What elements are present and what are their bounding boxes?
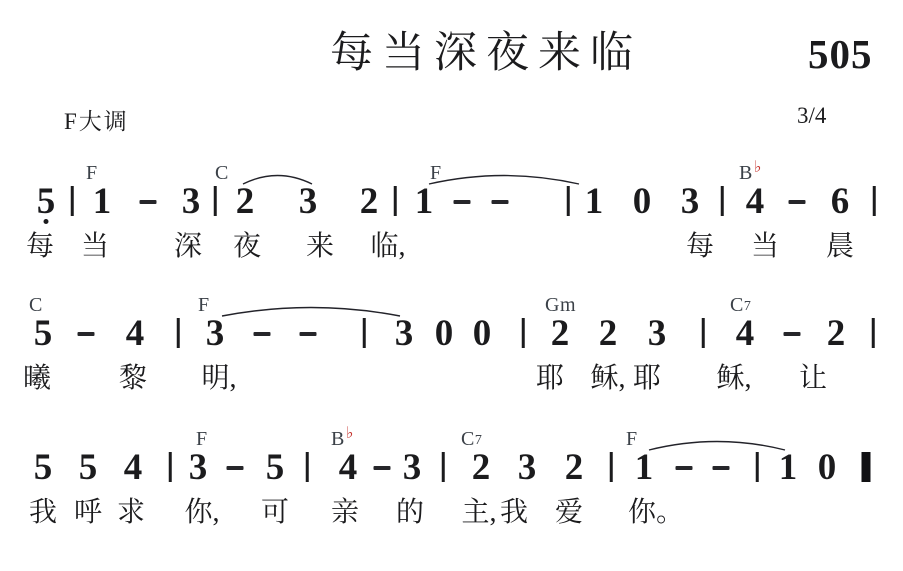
system-3: FB♭C7F5543543232110我呼求你,可亲的主,我爱你。 (0, 424, 903, 556)
lyric-syllable: 黎 (119, 364, 147, 394)
lyric-syllable: 深 (174, 232, 202, 262)
note-digit: 1 (635, 449, 654, 487)
note-digit: 5 (79, 449, 98, 487)
duration-dash (227, 466, 244, 470)
final-barline (862, 452, 871, 482)
slur-tie-arc (221, 299, 401, 319)
duration-dash (713, 466, 730, 470)
barline (567, 186, 570, 216)
duration-dash (374, 466, 391, 470)
barline (702, 318, 705, 348)
hymn-sheet: 每当深夜来临 505 F大调 3/4 FCFB♭513232110346每当深夜… (0, 0, 903, 571)
barline (177, 318, 180, 348)
lyric-syllable: 每 (686, 232, 714, 262)
note-digit: 2 (827, 315, 846, 353)
lyric-syllable: 可 (261, 498, 289, 528)
lyric-syllable: 耶 (536, 364, 564, 394)
barline (522, 318, 525, 348)
lyric-syllable: 稣, (590, 364, 625, 394)
lyric-syllable: 你, (184, 498, 219, 528)
duration-dash (300, 332, 317, 336)
note-digit: 3 (403, 449, 422, 487)
duration-dash (454, 200, 471, 204)
lyric-syllable: 晨 (826, 232, 854, 262)
note-digit: 5 (266, 449, 285, 487)
system-1: FCFB♭513232110346每当深夜来临,每当晨 (0, 158, 903, 290)
hymn-number: 505 (808, 30, 873, 78)
flat-accidental-icon: ♭ (346, 425, 354, 442)
note-digit: 1 (415, 183, 434, 221)
lyric-syllable: 你。 (628, 498, 684, 528)
barline (306, 452, 309, 482)
note-digit: 3 (648, 315, 667, 353)
barline (756, 452, 759, 482)
note-digit: 5 (34, 449, 53, 487)
note-digit: 3 (395, 315, 414, 353)
lyric-syllable: 主, (461, 498, 496, 528)
lyric-syllable: 曦 (23, 364, 51, 394)
note-digit: 2 (599, 315, 618, 353)
page-title: 每当深夜来临 (330, 19, 642, 80)
note-digit: 2 (551, 315, 570, 353)
lyric-syllable: 当 (751, 232, 779, 262)
lyric-syllable: 让 (799, 364, 827, 394)
rest-note: 0 (818, 449, 837, 487)
lyric-syllable: 求 (117, 498, 145, 528)
key-signature: F大调 (64, 103, 129, 136)
lyric-syllable: 每 (26, 232, 54, 262)
rest-note: 0 (473, 315, 492, 353)
note-digit: 3 (681, 183, 700, 221)
barline (169, 452, 172, 482)
note-digit: 4 (339, 449, 358, 487)
duration-dash (492, 200, 509, 204)
barline (442, 452, 445, 482)
lyric-syllable: 稣, (716, 364, 751, 394)
lyric-syllable: 的 (396, 498, 424, 528)
duration-dash (676, 466, 693, 470)
chord-symbol: C (215, 162, 229, 184)
low-octave-dot (44, 219, 49, 224)
system-2: CFGmC754330022342曦黎明,耶稣,耶稣,让 (0, 290, 903, 422)
rest-note: 0 (435, 315, 454, 353)
lyric-syllable: 夜 (233, 232, 261, 262)
duration-dash (254, 332, 271, 336)
barline (363, 318, 366, 348)
chord-extension: 7 (475, 433, 483, 448)
note-digit: 2 (236, 183, 255, 221)
lyric-syllable: 我 (500, 498, 528, 528)
lyric-syllable: 呼 (74, 498, 102, 528)
flat-accidental-icon: ♭ (754, 159, 762, 176)
note-digit: 2 (472, 449, 491, 487)
barline (610, 452, 613, 482)
lyric-syllable: 明, (201, 364, 236, 394)
lyric-syllable: 爱 (555, 498, 583, 528)
barline (71, 186, 74, 216)
duration-dash (78, 332, 95, 336)
note-digit: 4 (746, 183, 765, 221)
barline (214, 186, 217, 216)
lyric-syllable: 当 (81, 232, 109, 262)
note-digit: 1 (585, 183, 604, 221)
note-digit: 4 (736, 315, 755, 353)
duration-dash (789, 200, 806, 204)
note-digit: 1 (93, 183, 112, 221)
note-digit: 3 (189, 449, 208, 487)
note-digit: 4 (124, 449, 143, 487)
note-digit: 3 (299, 183, 318, 221)
barline (873, 186, 876, 216)
barline (394, 186, 397, 216)
barline (721, 186, 724, 216)
chord-extension: 7 (744, 299, 752, 314)
note-digit: 3 (518, 449, 537, 487)
duration-dash (784, 332, 801, 336)
lyric-syllable: 亲 (331, 498, 359, 528)
note-digit: 3 (182, 183, 201, 221)
note-digit: 3 (206, 315, 225, 353)
note-digit: 4 (126, 315, 145, 353)
note-digit: 1 (779, 449, 798, 487)
note-digit: 5 (37, 183, 56, 221)
lyric-syllable: 我 (29, 498, 57, 528)
time-signature: 3/4 (797, 103, 826, 129)
lyric-syllable: 耶 (633, 364, 661, 394)
slur-tie-arc (648, 433, 786, 453)
lyric-syllable: 来 (306, 232, 334, 262)
barline (872, 318, 875, 348)
rest-note: 0 (633, 183, 652, 221)
slur-tie-arc (428, 167, 580, 187)
duration-dash (140, 200, 157, 204)
note-digit: 6 (831, 183, 850, 221)
note-digit: 2 (360, 183, 379, 221)
note-digit: 5 (34, 315, 53, 353)
note-digit: 2 (565, 449, 584, 487)
lyric-syllable: 临, (370, 232, 405, 262)
